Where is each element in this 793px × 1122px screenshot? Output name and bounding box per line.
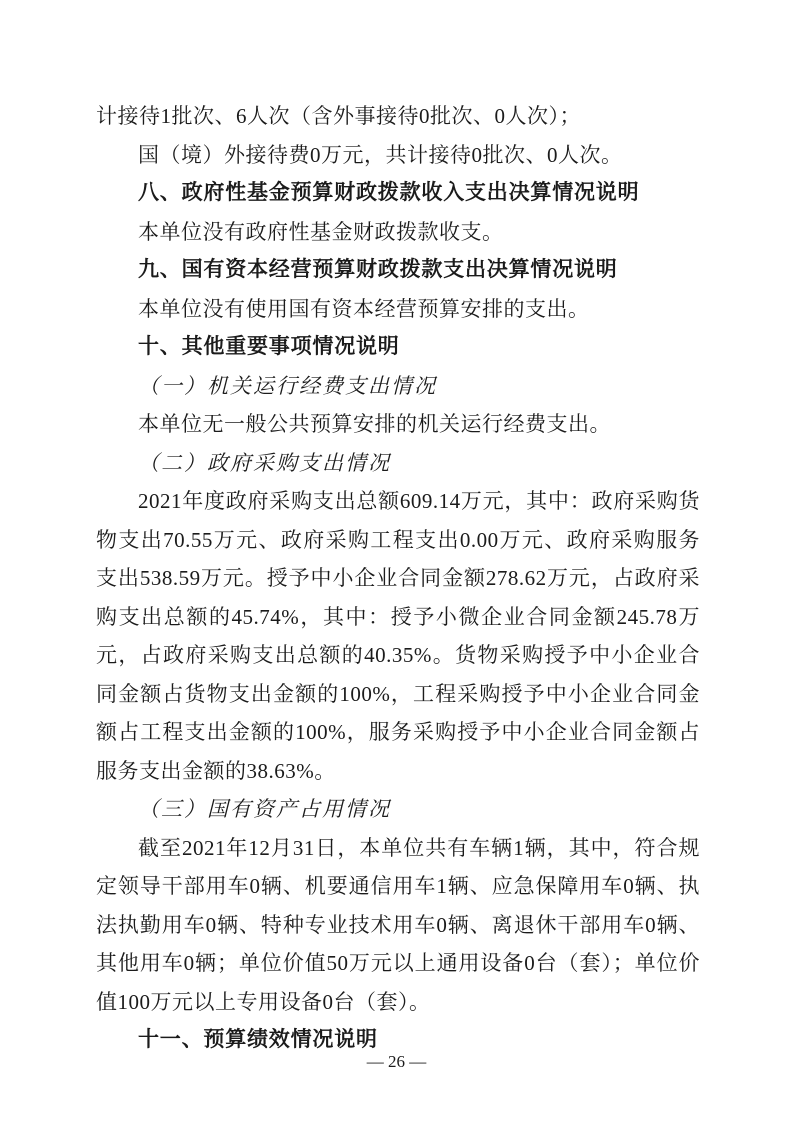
- section-8-body: 本单位没有政府性基金财政拨款收支。: [96, 213, 700, 252]
- paragraph-foreign-reception: 国（境）外接待费0万元，共计接待0批次、0人次。: [96, 136, 700, 175]
- section-10-sub-2-title: （二）政府采购支出情况: [96, 444, 700, 483]
- section-10-sub-1-body: 本单位无一般公共预算安排的机关运行经费支出。: [96, 405, 700, 444]
- section-10-heading: 十、其他重要事项情况说明: [96, 328, 700, 367]
- document-page: 计接待1批次、6人次（含外事接待0批次、0人次）； 国（境）外接待费0万元，共计…: [0, 0, 793, 1122]
- document-content: 计接待1批次、6人次（含外事接待0批次、0人次）； 国（境）外接待费0万元，共计…: [96, 97, 700, 1060]
- section-9-body: 本单位没有使用国有资本经营预算安排的支出。: [96, 290, 700, 329]
- paragraph-reception-continuation: 计接待1批次、6人次（含外事接待0批次、0人次）；: [96, 97, 700, 136]
- section-10-sub-3-title: （三）国有资产占用情况: [96, 790, 700, 829]
- section-10-sub-2-body: 2021年度政府采购支出总额609.14万元，其中：政府采购货物支出70.55万…: [96, 482, 700, 790]
- section-10-sub-3-body: 截至2021年12月31日，本单位共有车辆1辆，其中，符合规定领导干部用车0辆、…: [96, 829, 700, 1022]
- section-9-heading: 九、国有资本经营预算财政拨款支出决算情况说明: [96, 251, 700, 290]
- section-10-sub-1-title: （一）机关运行经费支出情况: [96, 367, 700, 406]
- section-8-heading: 八、政府性基金预算财政拨款收入支出决算情况说明: [96, 174, 700, 213]
- page-number: — 26 —: [0, 1050, 793, 1074]
